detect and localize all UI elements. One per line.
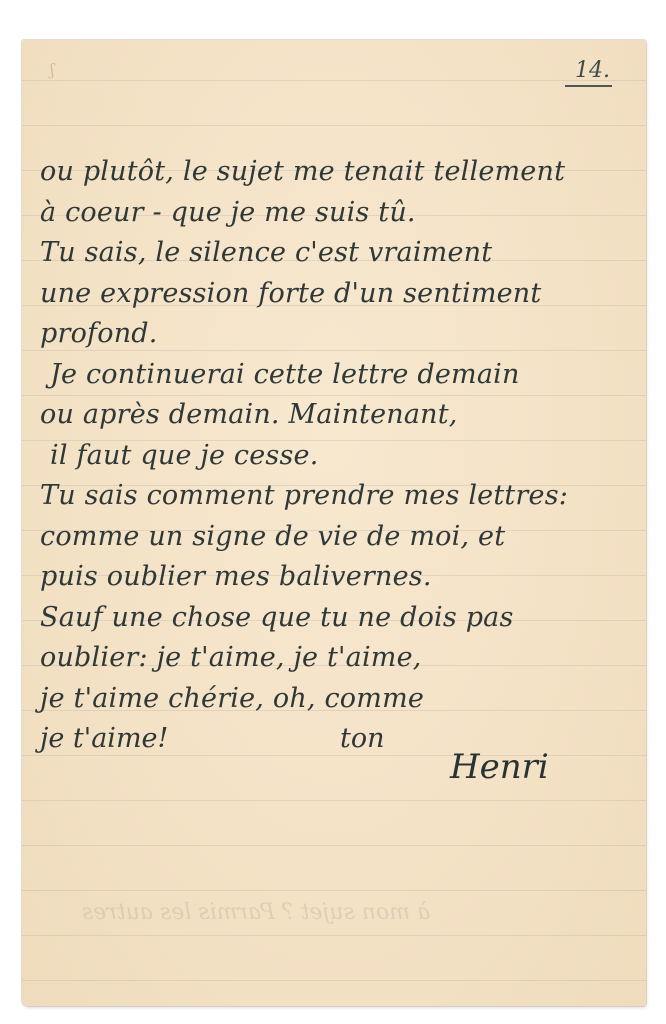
letter-line-12: Sauf une chose que tu ne dois pas [40,598,640,639]
letter-line-7: ou après demain. Maintenant, [40,395,640,436]
letter-line-8: il faut que je cesse. [40,436,640,477]
letter-line-2: à coeur - que je me suis tû. [40,193,640,234]
letter-line-14: je t'aime chérie, oh, comme [40,679,640,720]
closing-row: je t'aime! ton Henri [40,719,640,759]
faint-pencil-mark: ʃ [50,60,54,79]
letter-body: ou plutôt, le sujet me tenait tellement … [40,152,640,759]
letter-page: ʃ 14. à mon sujet ? Parmis les autres ou… [22,40,646,1006]
letter-line-4: une expression forte d'un sentiment [40,274,640,315]
letter-line-10: comme un signe de vie de moi, et [40,517,640,558]
letter-line-3: Tu sais, le silence c'est vraiment [40,233,640,274]
page-number: 14. [565,58,612,87]
closing-word: ton [340,719,385,760]
letter-line-13: oublier: je t'aime, je t'aime, [40,638,640,679]
bleed-through-text: à mon sujet ? Parmis les autres [82,900,430,925]
letter-line-5: profond. [40,314,640,355]
letter-line-6: Je continuerai cette lettre demain [40,355,640,396]
letter-line-1: ou plutôt, le sujet me tenait tellement [40,152,640,193]
letter-line-15: je t'aime! [40,719,168,760]
letter-line-9: Tu sais comment prendre mes lettres: [40,476,640,517]
letter-line-11: puis oublier mes balivernes. [40,557,640,598]
signature: Henri [450,747,549,787]
